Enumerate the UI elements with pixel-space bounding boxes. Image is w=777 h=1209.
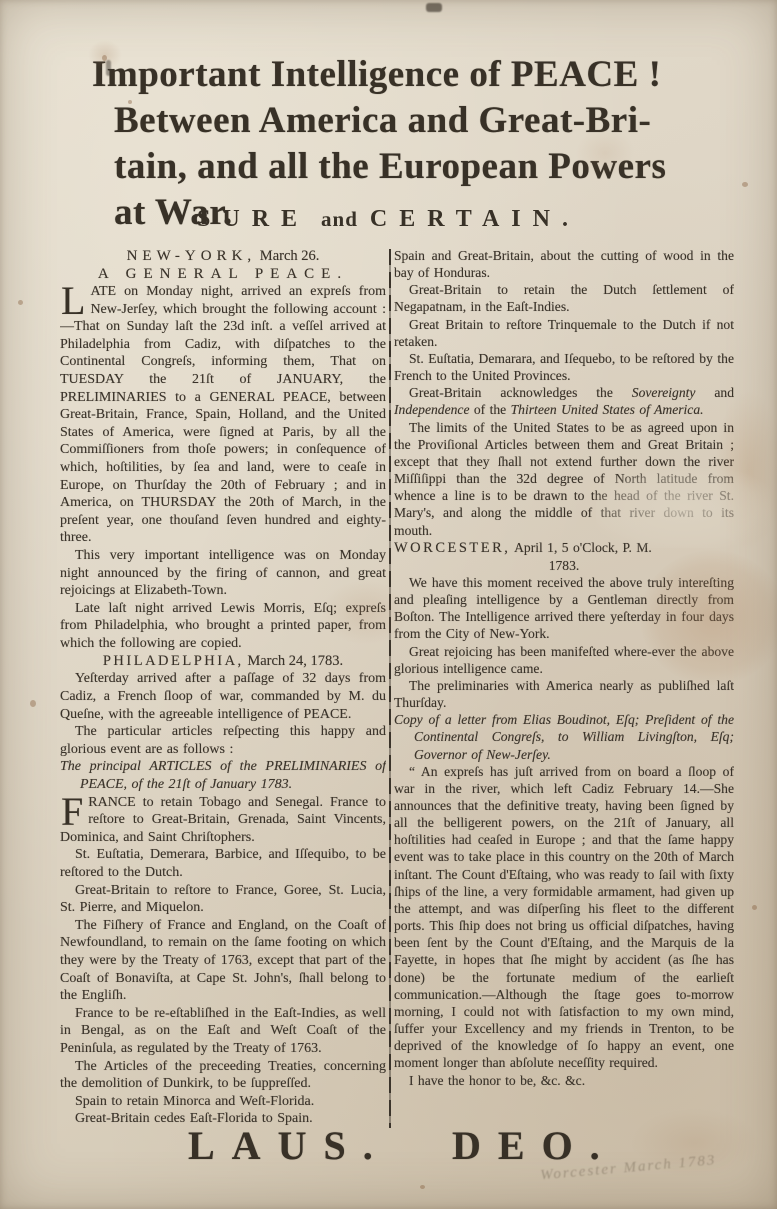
title-line-1: Important Intelligence of PEACE ! xyxy=(92,52,717,98)
dateline-philadelphia: PHILADELPHIA, March 24, 1783. xyxy=(60,652,386,670)
dateline-newyork: NEW-YORK, March 26. xyxy=(60,247,386,265)
foxing-speck xyxy=(420,1185,425,1189)
subtitle-word-sure: SURE xyxy=(197,206,309,232)
subtitle: SURE and CERTAIN. xyxy=(0,206,777,233)
paragraph-express-letter: “ An expreſs has juſt arrived from on bo… xyxy=(394,763,734,1072)
dateline-city: NEW-YORK, xyxy=(127,248,257,264)
paragraph-this-moment: We have this moment received the above t… xyxy=(394,574,734,643)
paragraph-lewis-morris: Late laſt night arrived Lewis Morris, Eſ… xyxy=(60,600,386,653)
dateline-worcester: WORCESTER, April 1, 5 o'Clock, P. M. xyxy=(394,539,734,557)
paragraph-acknowledges-independence: Great-Britain acknowledges the Sovereign… xyxy=(394,384,734,418)
paragraph-east-indies: France to be re-eſtabliſhed in the Eaſt-… xyxy=(60,1005,386,1058)
broadside-page: Important Intelligence of PEACE ! Betwee… xyxy=(0,0,777,1209)
paragraph-great-rejoicing: Great rejoicing has been manifeſted wher… xyxy=(394,643,734,677)
foxing-speck xyxy=(752,905,757,910)
paragraph-principal-articles: The principal ARTICLES of the PRELIMINAR… xyxy=(60,758,386,793)
philadelphia-date: March 24, 1783. xyxy=(247,653,343,669)
paragraph-important-intelligence: This very important intelligence was on … xyxy=(60,547,386,600)
paragraph-particular-articles: The particular articles reſpecting this … xyxy=(60,723,386,758)
paragraph-preliminaries: The preliminaries with America nearly as… xyxy=(394,677,734,711)
title-line-3: tain, and all the European Powers xyxy=(114,144,717,190)
dropcap-L: L xyxy=(60,283,90,316)
paragraph-trinquemale: Great Britain to reſtore Trinquemale to … xyxy=(394,316,734,350)
dateline-date: March 26. xyxy=(260,248,320,264)
paragraph-minorca: Spain to retain Minorca and Weſt-Florida… xyxy=(60,1093,386,1111)
ink-smudge-top xyxy=(426,3,442,12)
paragraph-eustatia-french: St. Euſtatia, Demarara, and Iſequebo, to… xyxy=(394,350,734,384)
paragraph-dunkirk: The Articles of the preceeding Treaties,… xyxy=(60,1058,386,1093)
foxing-speck xyxy=(18,300,23,305)
paragraph-late-monday: LATE on Monday night, arrived an expreſs… xyxy=(60,283,386,547)
worcester-city: WORCESTER, xyxy=(394,540,510,556)
column-divider-rule xyxy=(389,249,391,1128)
paragraph-yesterday-arrived: Yeſterday arrived after a paſſage of 32 … xyxy=(60,670,386,723)
paragraph-eustatia-dutch: St. Euſtatia, Demerara, Barbice, and Iſſ… xyxy=(60,846,386,881)
paragraph-france-retain: FRANCE to retain Tobago and Senegal. Fra… xyxy=(60,794,386,847)
subtitle-word-certain: CERTAIN. xyxy=(370,206,580,232)
columns: NEW-YORK, March 26. A GENERAL PEACE. LAT… xyxy=(60,247,734,1130)
footer-laus: LAUS. xyxy=(188,1122,390,1169)
right-column: Spain and Great-Britain, about the cutti… xyxy=(394,247,734,1130)
philadelphia-city: PHILADELPHIA, xyxy=(103,653,244,669)
paragraph-honduras: Spain and Great-Britain, about the cutti… xyxy=(394,247,734,281)
paragraph-honor: I have the honor to be, &c. &c. xyxy=(394,1072,734,1089)
worcester-year: 1783. xyxy=(394,557,734,574)
dropcap-F: F xyxy=(60,794,88,827)
paragraph-goree: Great-Britain to reſtore to France, Gore… xyxy=(60,882,386,917)
paragraph-limits: The limits of the United States to be as… xyxy=(394,419,734,539)
paragraph-copy-of-letter: Copy of a letter from Elias Boudinot, Eſ… xyxy=(394,711,734,762)
foxing-speck xyxy=(742,182,748,187)
paragraph-negapatnam: Great-Britain to retain the Dutch ſettle… xyxy=(394,281,734,315)
footer-deo: DEO. xyxy=(452,1122,617,1169)
left-column: NEW-YORK, March 26. A GENERAL PEACE. LAT… xyxy=(60,247,386,1130)
subtitle-conjunction: and xyxy=(321,207,358,231)
foxing-speck xyxy=(30,700,36,707)
title-line-2: Between America and Great-Bri- xyxy=(114,98,717,144)
headline-general-peace: A GENERAL PEACE. xyxy=(60,265,386,283)
worcester-date: April 1, 5 o'Clock, P. M. xyxy=(514,540,652,555)
paragraph-fishery: The Fiſhery of France and England, on th… xyxy=(60,917,386,1005)
